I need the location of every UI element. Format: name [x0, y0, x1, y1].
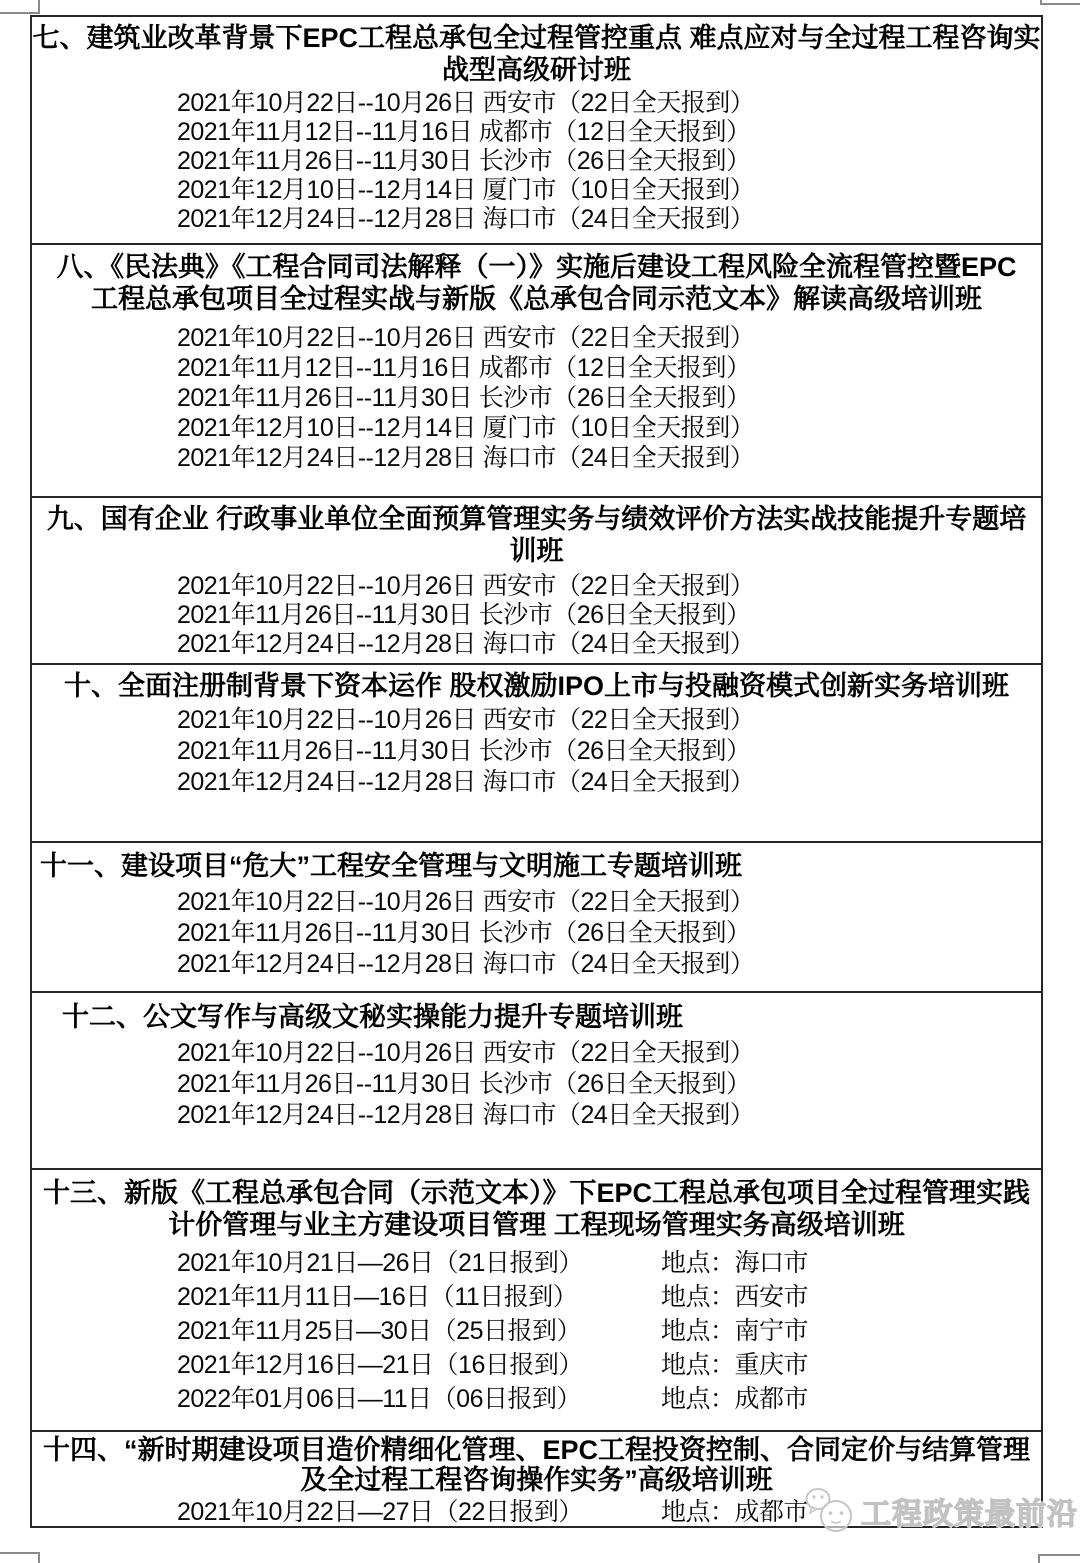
schedule-date: 2021年10月22日--10月26日 西安市（22日全天报到）: [177, 888, 754, 916]
schedule-row: 2021年10月22日--10月26日 西安市（22日全天报到）: [177, 572, 1041, 601]
document-page: { "watermark": { "text": "工程政策最前沿", "ico…: [0, 0, 1080, 1563]
schedule-location: 地点：重庆市: [661, 1348, 808, 1382]
schedule-row: 2021年12月24日--12月28日 海口市（24日全天报到）: [177, 630, 1041, 659]
schedule-row: 2021年10月22日--10月26日 西安市（22日全天报到）: [177, 1038, 1041, 1069]
schedule-date: 2021年10月22日--10月26日 西安市（22日全天报到）: [177, 89, 754, 117]
schedule-row: 2021年12月24日--12月28日 海口市（24日全天报到）: [177, 767, 1041, 798]
schedule-row: 2021年11月11日—16日（11日报到）地点：西安市: [177, 1280, 1041, 1314]
course-title: 七、建筑业改革背景下EPC工程总承包全过程管控重点 难点应对与全过程工程咨询实 …: [32, 17, 1041, 86]
course-section-8: 八、《民法典》《工程合同司法解释（一）》实施后建设工程风险全流程管控暨EPC 工…: [32, 245, 1041, 498]
course-section-7: 七、建筑业改革背景下EPC工程总承包全过程管控重点 难点应对与全过程工程咨询实 …: [32, 17, 1041, 245]
schedule-date: 2021年11月12日--11月16日 成都市（12日全天报到）: [177, 354, 751, 382]
watermark-text: 工程政策最前沿: [861, 1489, 1078, 1533]
course-title: 十二、公文写作与高级文秘实操能力提升专题培训班: [32, 993, 1041, 1033]
schedule-row: 2021年11月26日--11月30日 长沙市（26日全天报到）: [177, 1069, 1041, 1100]
schedule-row: 2021年12月24日--12月28日 海口市（24日全天报到）: [177, 443, 1041, 473]
schedule-date: 2021年10月22日--10月26日 西安市（22日全天报到）: [177, 572, 754, 600]
schedule-date: 2021年12月24日--12月28日 海口市（24日全天报到）: [177, 630, 754, 658]
schedule-row: 2021年10月22日--10月26日 西安市（22日全天报到）: [177, 89, 1041, 118]
course-title-line: 十四、“新时期建设项目造价精细化管理、EPC工程投资控制、合同定价与结算管理: [32, 1435, 1041, 1465]
schedule-location: 地点：南宁市: [661, 1314, 808, 1348]
schedule-date: 2022年01月06日—11日（06日报到）: [177, 1382, 661, 1416]
schedule-row: 2021年11月12日--11月16日 成都市（12日全天报到）: [177, 353, 1041, 383]
schedule-row: 2021年11月12日--11月16日 成都市（12日全天报到）: [177, 118, 1041, 147]
next-table-left-border: [38, 1552, 40, 1563]
next-table-top-border-right: [1038, 1554, 1080, 1556]
schedule-date: 2021年10月22日--10月26日 西安市（22日全天报到）: [177, 1039, 754, 1067]
schedule-row: 2021年12月24日--12月28日 海口市（24日全天报到）: [177, 1100, 1041, 1131]
schedule-date: 2021年11月26日--11月30日 长沙市（26日全天报到）: [177, 601, 751, 629]
course-title: 九、国有企业 行政事业单位全面预算管理实务与绩效评价方法实战技能提升专题培 训班: [32, 498, 1041, 567]
schedule-row: 2021年11月26日--11月30日 长沙市（26日全天报到）: [177, 147, 1041, 176]
schedule-date: 2021年10月22日--10月26日 西安市（22日全天报到）: [177, 706, 754, 734]
course-title-line: 计价管理与业主方建设项目管理 工程现场管理实务高级培训班: [32, 1209, 1041, 1241]
course-section-9: 九、国有企业 行政事业单位全面预算管理实务与绩效评价方法实战技能提升专题培 训班…: [32, 498, 1041, 665]
course-title-line: 十、全面注册制背景下资本运作 股权激励IPO上市与投融资模式创新实务培训班: [32, 670, 1041, 702]
course-title: 八、《民法典》《工程合同司法解释（一）》实施后建设工程风险全流程管控暨EPC 工…: [32, 245, 1041, 315]
course-title-line: 训班: [32, 535, 1041, 567]
course-title-line: 八、《民法典》《工程合同司法解释（一）》实施后建设工程风险全流程管控暨EPC: [32, 251, 1041, 283]
course-title-line: 十一、建设项目“危大”工程安全管理与文明施工专题培训班: [40, 850, 1041, 882]
schedule-location: 地点：成都市: [661, 1497, 808, 1527]
schedule-row: 2021年11月25日—30日（25日报到）地点：南宁市: [177, 1314, 1041, 1348]
schedule-row: 2021年12月24日--12月28日 海口市（24日全天报到）: [177, 949, 1041, 980]
course-title-line: 七、建筑业改革背景下EPC工程总承包全过程管控重点 难点应对与全过程工程咨询实: [32, 22, 1041, 54]
course-schedule-table: 七、建筑业改革背景下EPC工程总承包全过程管控重点 难点应对与全过程工程咨询实 …: [30, 15, 1043, 1528]
schedule-date: 2021年11月26日--11月30日 长沙市（26日全天报到）: [177, 737, 751, 765]
wechat-public-account-icon: [804, 1486, 856, 1536]
schedule-row: 2021年10月22日--10月26日 西安市（22日全天报到）: [177, 887, 1041, 918]
course-section-12: 十二、公文写作与高级文秘实操能力提升专题培训班 2021年10月22日--10月…: [32, 993, 1041, 1170]
schedule-date: 2021年10月21日—26日（21日报到）: [177, 1246, 661, 1280]
schedule-date: 2021年12月24日--12月28日 海口市（24日全天报到）: [177, 1101, 754, 1129]
course-title-line: 九、国有企业 行政事业单位全面预算管理实务与绩效评价方法实战技能提升专题培: [32, 503, 1041, 535]
course-title: 十一、建设项目“危大”工程安全管理与文明施工专题培训班: [32, 843, 1041, 882]
schedule-row: 2021年12月10日--12月14日 厦门市（10日全天报到）: [177, 176, 1041, 205]
schedule-date: 2021年11月25日—30日（25日报到）: [177, 1314, 661, 1348]
next-table-top-border-left: [0, 1552, 40, 1554]
schedule-date: 2021年11月26日--11月30日 长沙市（26日全天报到）: [177, 147, 751, 175]
schedule-date: 2021年12月24日--12月28日 海口市（24日全天报到）: [177, 768, 754, 796]
schedule-row: 2021年11月26日--11月30日 长沙市（26日全天报到）: [177, 383, 1041, 413]
schedule-location: 地点：成都市: [661, 1382, 808, 1416]
prev-table-right-border: [1040, 0, 1042, 5]
schedule-location: 地点：海口市: [661, 1246, 808, 1280]
prev-table-left-border: [38, 0, 40, 14]
schedule-row: 2021年10月21日—26日（21日报到）地点：海口市: [177, 1246, 1041, 1280]
course-section-11: 十一、建设项目“危大”工程安全管理与文明施工专题培训班 2021年10月22日-…: [32, 843, 1041, 993]
schedule-date: 2021年11月26日--11月30日 长沙市（26日全天报到）: [177, 1070, 751, 1098]
schedule-date: 2021年10月22日--10月26日 西安市（22日全天报到）: [177, 324, 754, 352]
schedule-row: 2021年12月24日--12月28日 海口市（24日全天报到）: [177, 205, 1041, 234]
schedule-row: 2021年12月16日—21日（16日报到）地点：重庆市: [177, 1348, 1041, 1382]
schedule-row: 2021年11月26日--11月30日 长沙市（26日全天报到）: [177, 736, 1041, 767]
schedule-date: 2021年10月22日—27日（22日报到）: [177, 1497, 661, 1527]
schedule-row: 2021年11月26日--11月30日 长沙市（26日全天报到）: [177, 918, 1041, 949]
schedule-row: 2022年01月06日—11日（06日报到）地点：成都市: [177, 1382, 1041, 1416]
schedule-row: 2021年10月22日--10月26日 西安市（22日全天报到）: [177, 323, 1041, 353]
schedule-row: 2021年10月22日--10月26日 西安市（22日全天报到）: [177, 705, 1041, 736]
schedule-date: 2021年12月10日--12月14日 厦门市（10日全天报到）: [177, 414, 754, 442]
watermark: 工程政策最前沿: [804, 1486, 1078, 1536]
schedule-date: 2021年12月24日--12月28日 海口市（24日全天报到）: [177, 205, 754, 233]
prev-table-bottom-border-left: [0, 12, 40, 14]
course-title-line: 十二、公文写作与高级文秘实操能力提升专题培训班: [62, 1001, 1041, 1033]
schedule-date: 2021年11月26日--11月30日 长沙市（26日全天报到）: [177, 384, 751, 412]
schedule-row: 2021年11月26日--11月30日 长沙市（26日全天报到）: [177, 601, 1041, 630]
course-section-13: 十三、新版《工程总承包合同（示范文本）》下EPC工程总承包项目全过程管理实践 计…: [32, 1170, 1041, 1432]
course-title: 十、全面注册制背景下资本运作 股权激励IPO上市与投融资模式创新实务培训班: [32, 665, 1041, 702]
next-table-right-border: [1038, 1554, 1040, 1563]
schedule-date: 2021年12月16日—21日（16日报到）: [177, 1348, 661, 1382]
schedule-date: 2021年12月24日--12月28日 海口市（24日全天报到）: [177, 444, 754, 472]
course-title-line: 十三、新版《工程总承包合同（示范文本）》下EPC工程总承包项目全过程管理实践: [32, 1177, 1041, 1209]
course-title: 十三、新版《工程总承包合同（示范文本）》下EPC工程总承包项目全过程管理实践 计…: [32, 1170, 1041, 1241]
schedule-date: 2021年11月12日--11月16日 成都市（12日全天报到）: [177, 118, 751, 146]
course-title-line: 战型高级研讨班: [32, 54, 1041, 86]
schedule-date: 2021年11月26日--11月30日 长沙市（26日全天报到）: [177, 919, 751, 947]
course-section-10: 十、全面注册制背景下资本运作 股权激励IPO上市与投融资模式创新实务培训班 20…: [32, 665, 1041, 843]
schedule-date: 2021年12月24日--12月28日 海口市（24日全天报到）: [177, 950, 754, 978]
schedule-location: 地点：西安市: [661, 1280, 808, 1314]
schedule-date: 2021年12月10日--12月14日 厦门市（10日全天报到）: [177, 176, 754, 204]
prev-table-bottom-border-right: [1040, 3, 1080, 5]
schedule-row: 2021年12月10日--12月14日 厦门市（10日全天报到）: [177, 413, 1041, 443]
schedule-date: 2021年11月11日—16日（11日报到）: [177, 1280, 661, 1314]
course-title-line: 工程总承包项目全过程实战与新版《总承包合同示范文本》解读高级培训班: [32, 283, 1041, 315]
